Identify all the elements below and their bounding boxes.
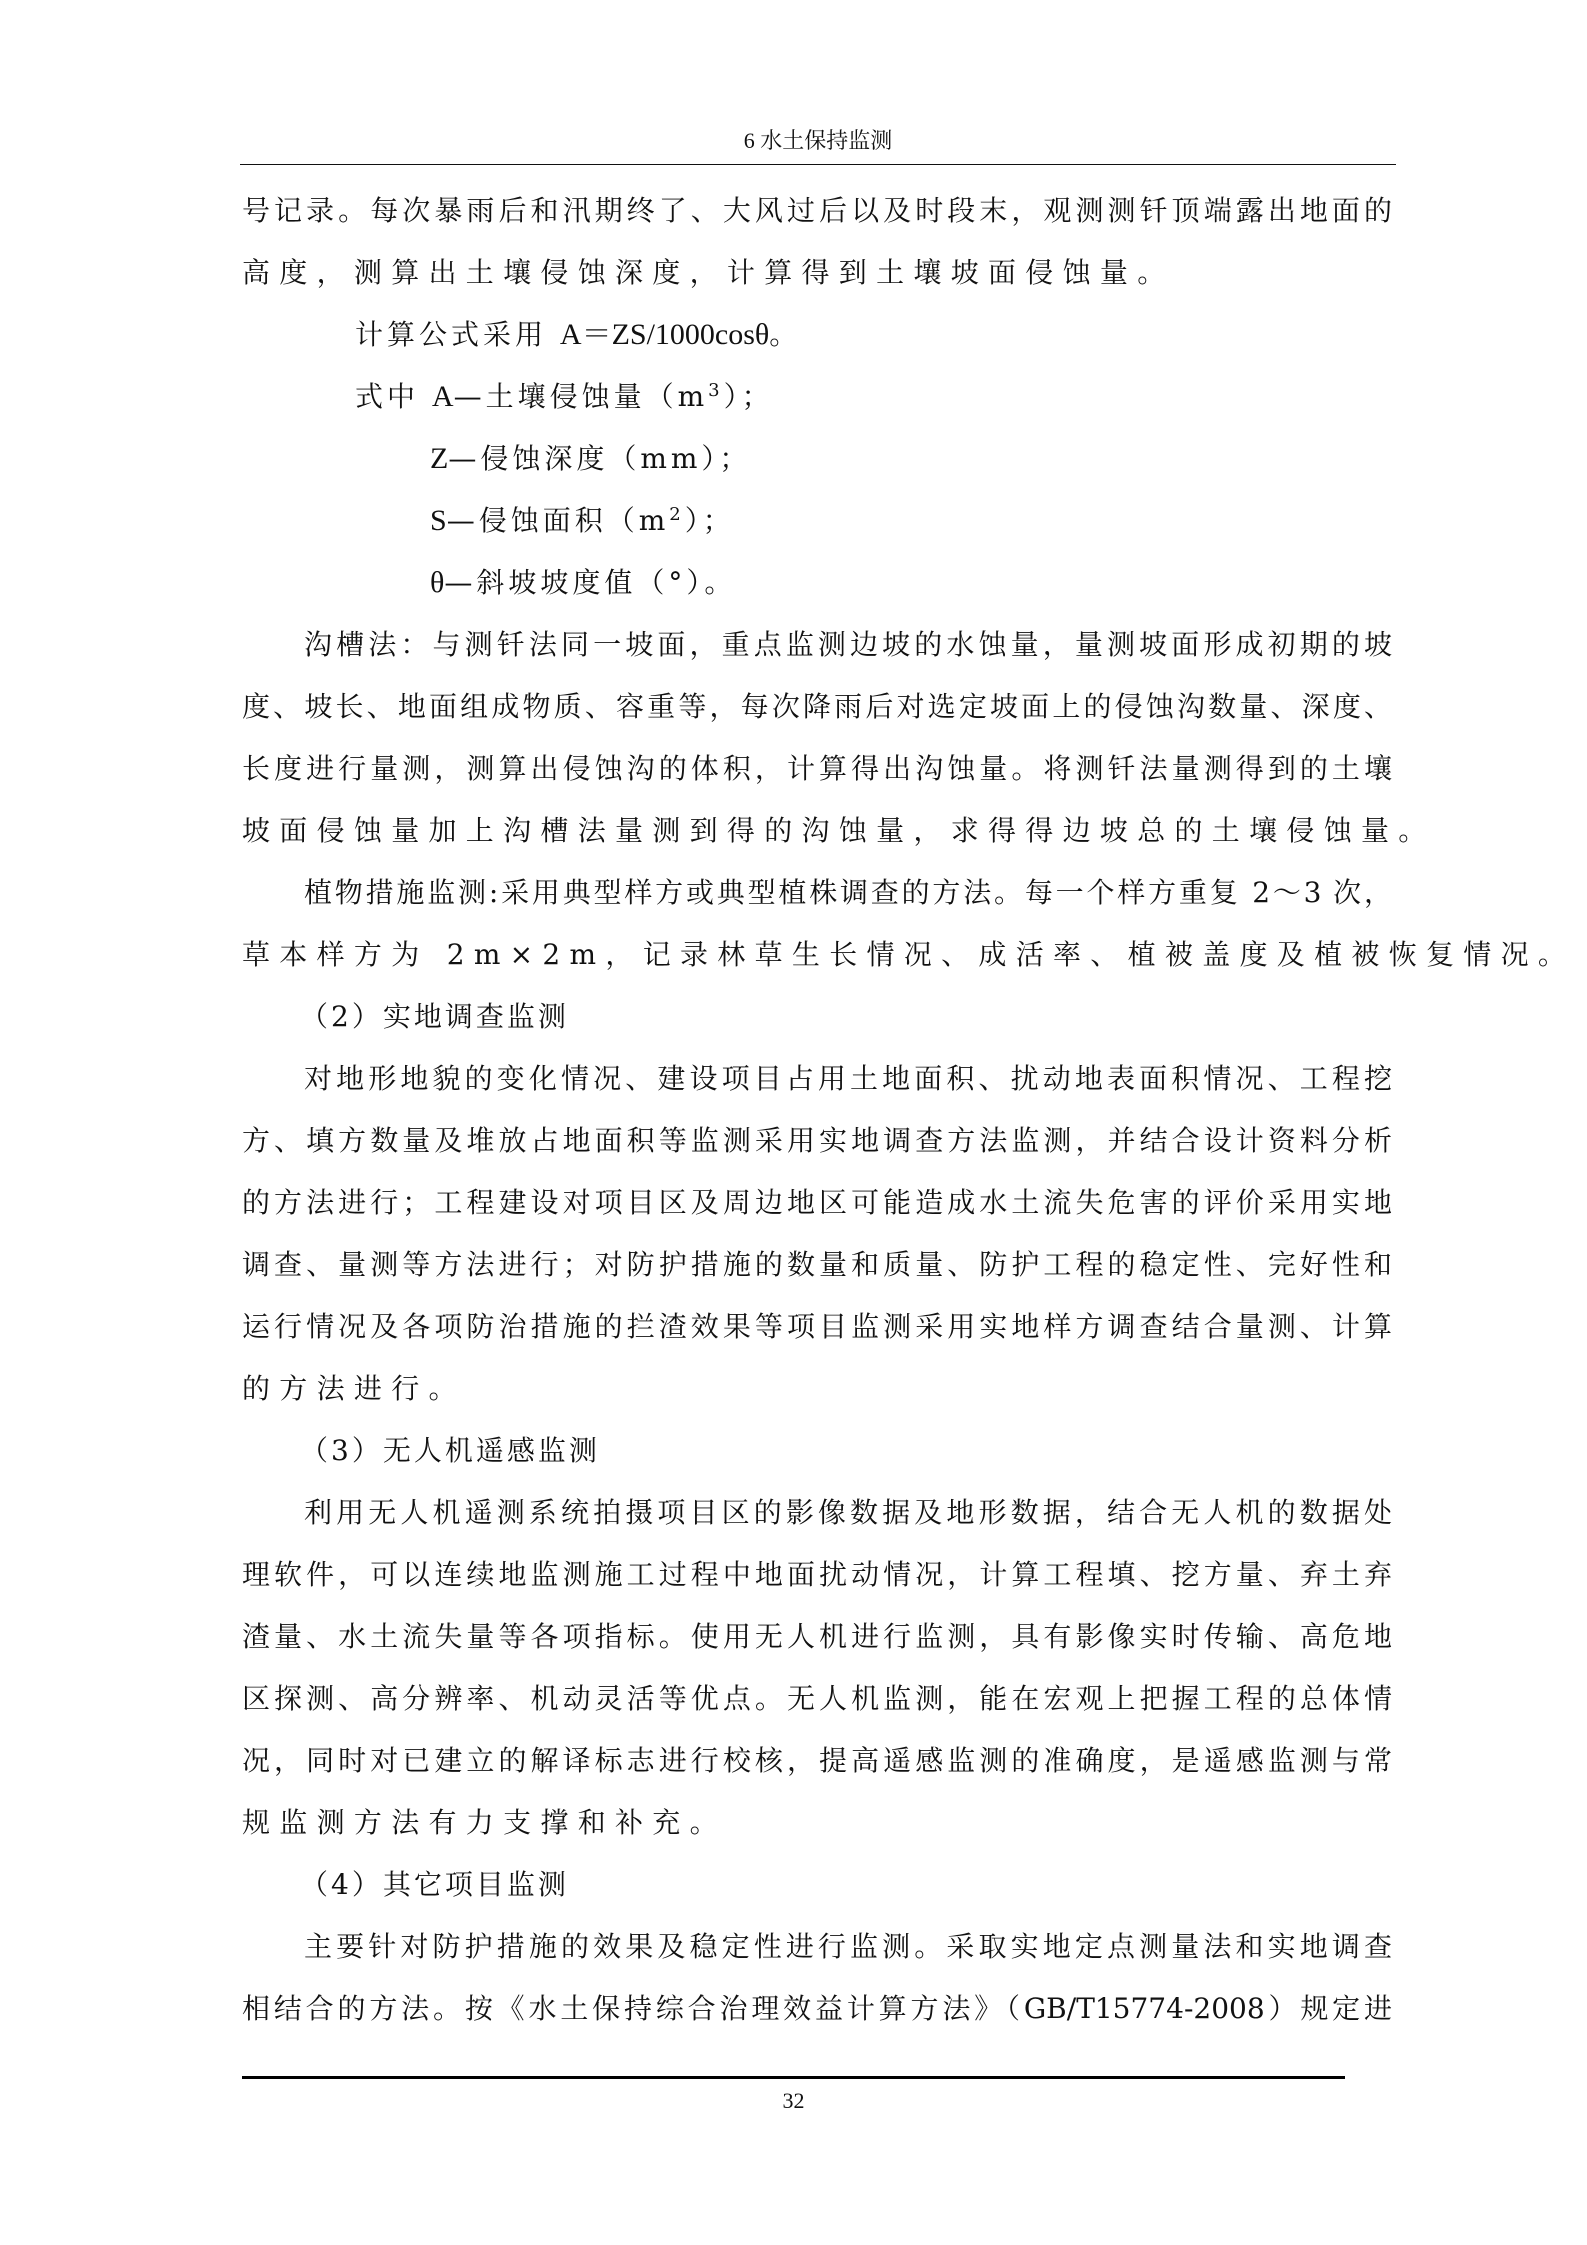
text-line: 区探测、高分辨率、机动灵活等优点。无人机监测，能在宏观上把握工程的总体情 [242, 1668, 1392, 1730]
text-line: 植物措施监测:采用典型样方或典型植株调查的方法。每一个样方重复 2～3 次， [242, 862, 1392, 924]
text-line: 理软件，可以连续地监测施工过程中地面扰动情况，计算工程填、挖方量、弃土弃 [242, 1544, 1392, 1606]
paragraph-plant-monitoring: 植物措施监测:采用典型样方或典型植株调查的方法。每一个样方重复 2～3 次， 草… [242, 862, 1392, 986]
section-uav-remote-sensing: （3）无人机遥感监测 利用无人机遥测系统拍摄项目区的影像数据及地形数据，结合无人… [242, 1420, 1392, 1854]
text-line: 度、坡长、地面组成物质、容重等，每次降雨后对选定坡面上的侵蚀沟数量、深度、 [242, 676, 1392, 738]
text-line: 调查、量测等方法进行；对防护措施的数量和质量、防护工程的稳定性、完好性和 [242, 1234, 1392, 1296]
formula-expression: A＝ZS/1000cosθ [560, 318, 769, 351]
formula-var-a: 式中 A—土壤侵蚀量（m3）； [242, 366, 1392, 428]
text-line: 长度进行量测，测算出侵蚀沟的体积，计算得出沟蚀量。将测钎法量测得到的土壤 [242, 738, 1392, 800]
paragraph-continuation: 号记录。每次暴雨后和汛期终了、大风过后以及时段末，观测测钎顶端露出地面的 高度，… [242, 180, 1392, 304]
formula-block: 计算公式采用 A＝ZS/1000cosθ。 式中 A—土壤侵蚀量（m3）； Z—… [242, 304, 1392, 614]
text-line: 渣量、水土流失量等各项指标。使用无人机进行监测，具有影像实时传输、高危地 [242, 1606, 1392, 1668]
section-heading: （3）无人机遥感监测 [242, 1420, 1392, 1482]
text-line: 方、填方数量及堆放占地面积等监测采用实地调查方法监测，并结合设计资料分析 [242, 1110, 1392, 1172]
text-line: 相结合的方法。按《水土保持综合治理效益计算方法》（GB/T15774-2008）… [242, 1978, 1392, 2040]
section-heading: （2）实地调查监测 [242, 986, 1392, 1048]
text-line: 主要针对防护措施的效果及稳定性进行监测。采取实地定点测量法和实地调查 [242, 1916, 1392, 1978]
text-line: 规监测方法有力支撑和补充。 [242, 1792, 1392, 1854]
header-divider [240, 164, 1396, 165]
text-line: 的方法进行。 [242, 1358, 1392, 1420]
text-line: 沟槽法：与测钎法同一坡面，重点监测边坡的水蚀量，量测坡面形成初期的坡 [242, 614, 1392, 676]
text-line: 草本样方为 2m×2m，记录林草生长情况、成活率、植被盖度及植被恢复情况。 [242, 924, 1392, 986]
formula-var-theta: θ—斜坡坡度值（°）。 [242, 552, 1392, 614]
section-field-survey: （2）实地调查监测 对地形地貌的变化情况、建设项目占用土地面积、扰动地表面积情况… [242, 986, 1392, 1420]
text-line: 利用无人机遥测系统拍摄项目区的影像数据及地形数据，结合无人机的数据处 [242, 1482, 1392, 1544]
formula-var-z: Z—侵蚀深度（mm）； [242, 428, 1392, 490]
formula-where-label: 式中 [355, 380, 432, 413]
text-line: 运行情况及各项防治措施的拦渣效果等项目监测采用实地样方调查结合量测、计算 [242, 1296, 1392, 1358]
page-number: 32 [242, 2088, 1345, 2114]
text-line: 的方法进行；工程建设对项目区及周边地区可能造成水土流失危害的评价采用实地 [242, 1172, 1392, 1234]
page-header-chapter-title: 6 水土保持监测 [240, 128, 1396, 154]
text-line: 况，同时对已建立的解译标志进行校核，提高遥感监测的准确度，是遥感监测与常 [242, 1730, 1392, 1792]
text-line: 高度，测算出土壤侵蚀深度，计算得到土壤坡面侵蚀量。 [242, 242, 1392, 304]
formula-intro: 计算公式采用 A＝ZS/1000cosθ。 [242, 304, 1392, 366]
formula-var-s: S—侵蚀面积（m2）； [242, 490, 1392, 552]
text-line: 号记录。每次暴雨后和汛期终了、大风过后以及时段末，观测测钎顶端露出地面的 [242, 180, 1392, 242]
text-line: 对地形地貌的变化情况、建设项目占用土地面积、扰动地表面积情况、工程挖 [242, 1048, 1392, 1110]
page-body: 号记录。每次暴雨后和汛期终了、大风过后以及时段末，观测测钎顶端露出地面的 高度，… [242, 180, 1392, 2040]
footer-divider [242, 2076, 1345, 2079]
text-line: 坡面侵蚀量加上沟槽法量测到得的沟蚀量，求得得边坡总的土壤侵蚀量。 [242, 800, 1392, 862]
paragraph-gully-method: 沟槽法：与测钎法同一坡面，重点监测边坡的水蚀量，量测坡面形成初期的坡 度、坡长、… [242, 614, 1392, 862]
section-other-monitoring: （4）其它项目监测 主要针对防护措施的效果及稳定性进行监测。采取实地定点测量法和… [242, 1854, 1392, 2040]
section-heading: （4）其它项目监测 [242, 1854, 1392, 1916]
